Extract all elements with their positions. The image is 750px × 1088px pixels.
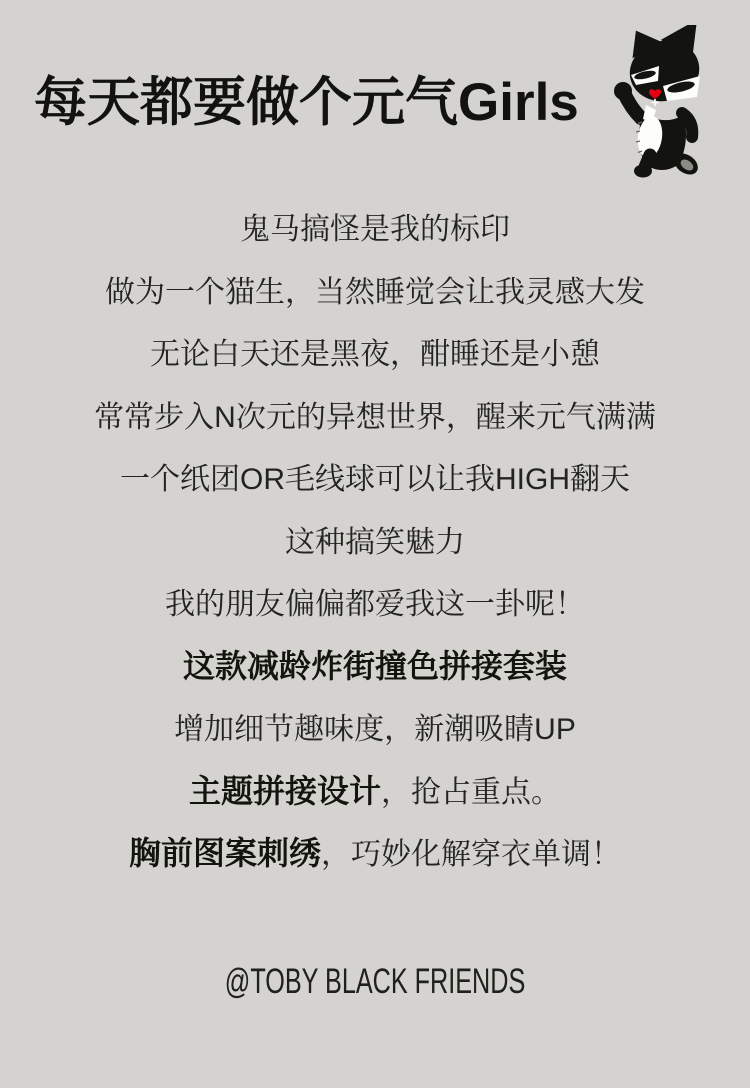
copy-line-emphasis: 这款减龄炸街撞色拼接套装 xyxy=(0,635,750,698)
page-title: 每天都要做个元气Girls xyxy=(34,76,579,129)
copy-line: 这种搞笑魅力 xyxy=(0,510,750,573)
copy-line-emphasis: 胸前图案刺绣，巧妙化解穿衣单调！ xyxy=(0,822,750,885)
copy-line: 我的朋友偏偏都爱我这一卦呢！ xyxy=(0,572,750,635)
copy-line: 做为一个猫生，当然睡觉会让我灵感大发 xyxy=(0,260,750,323)
copy-line: 常常步入N次元的异想世界，醒来元气满满 xyxy=(0,385,750,448)
marketing-copy: 鬼马搞怪是我的标印 做为一个猫生，当然睡觉会让我灵感大发 无论白天还是黑夜，酣睡… xyxy=(0,197,750,885)
copy-line: 增加细节趣味度，新潮吸睛UP xyxy=(0,697,750,760)
brand-credit: @TOBY BLACK FRIENDS xyxy=(105,964,645,999)
tmall-black-cat-icon xyxy=(610,25,714,183)
copy-line: 一个纸团OR毛线球可以让我HIGH翻天 xyxy=(0,447,750,510)
copy-line-emphasis: 主题拼接设计，抢占重点。 xyxy=(0,760,750,823)
copy-line: 无论白天还是黑夜，酣睡还是小憩 xyxy=(0,322,750,385)
copy-line: 鬼马搞怪是我的标印 xyxy=(0,197,750,260)
